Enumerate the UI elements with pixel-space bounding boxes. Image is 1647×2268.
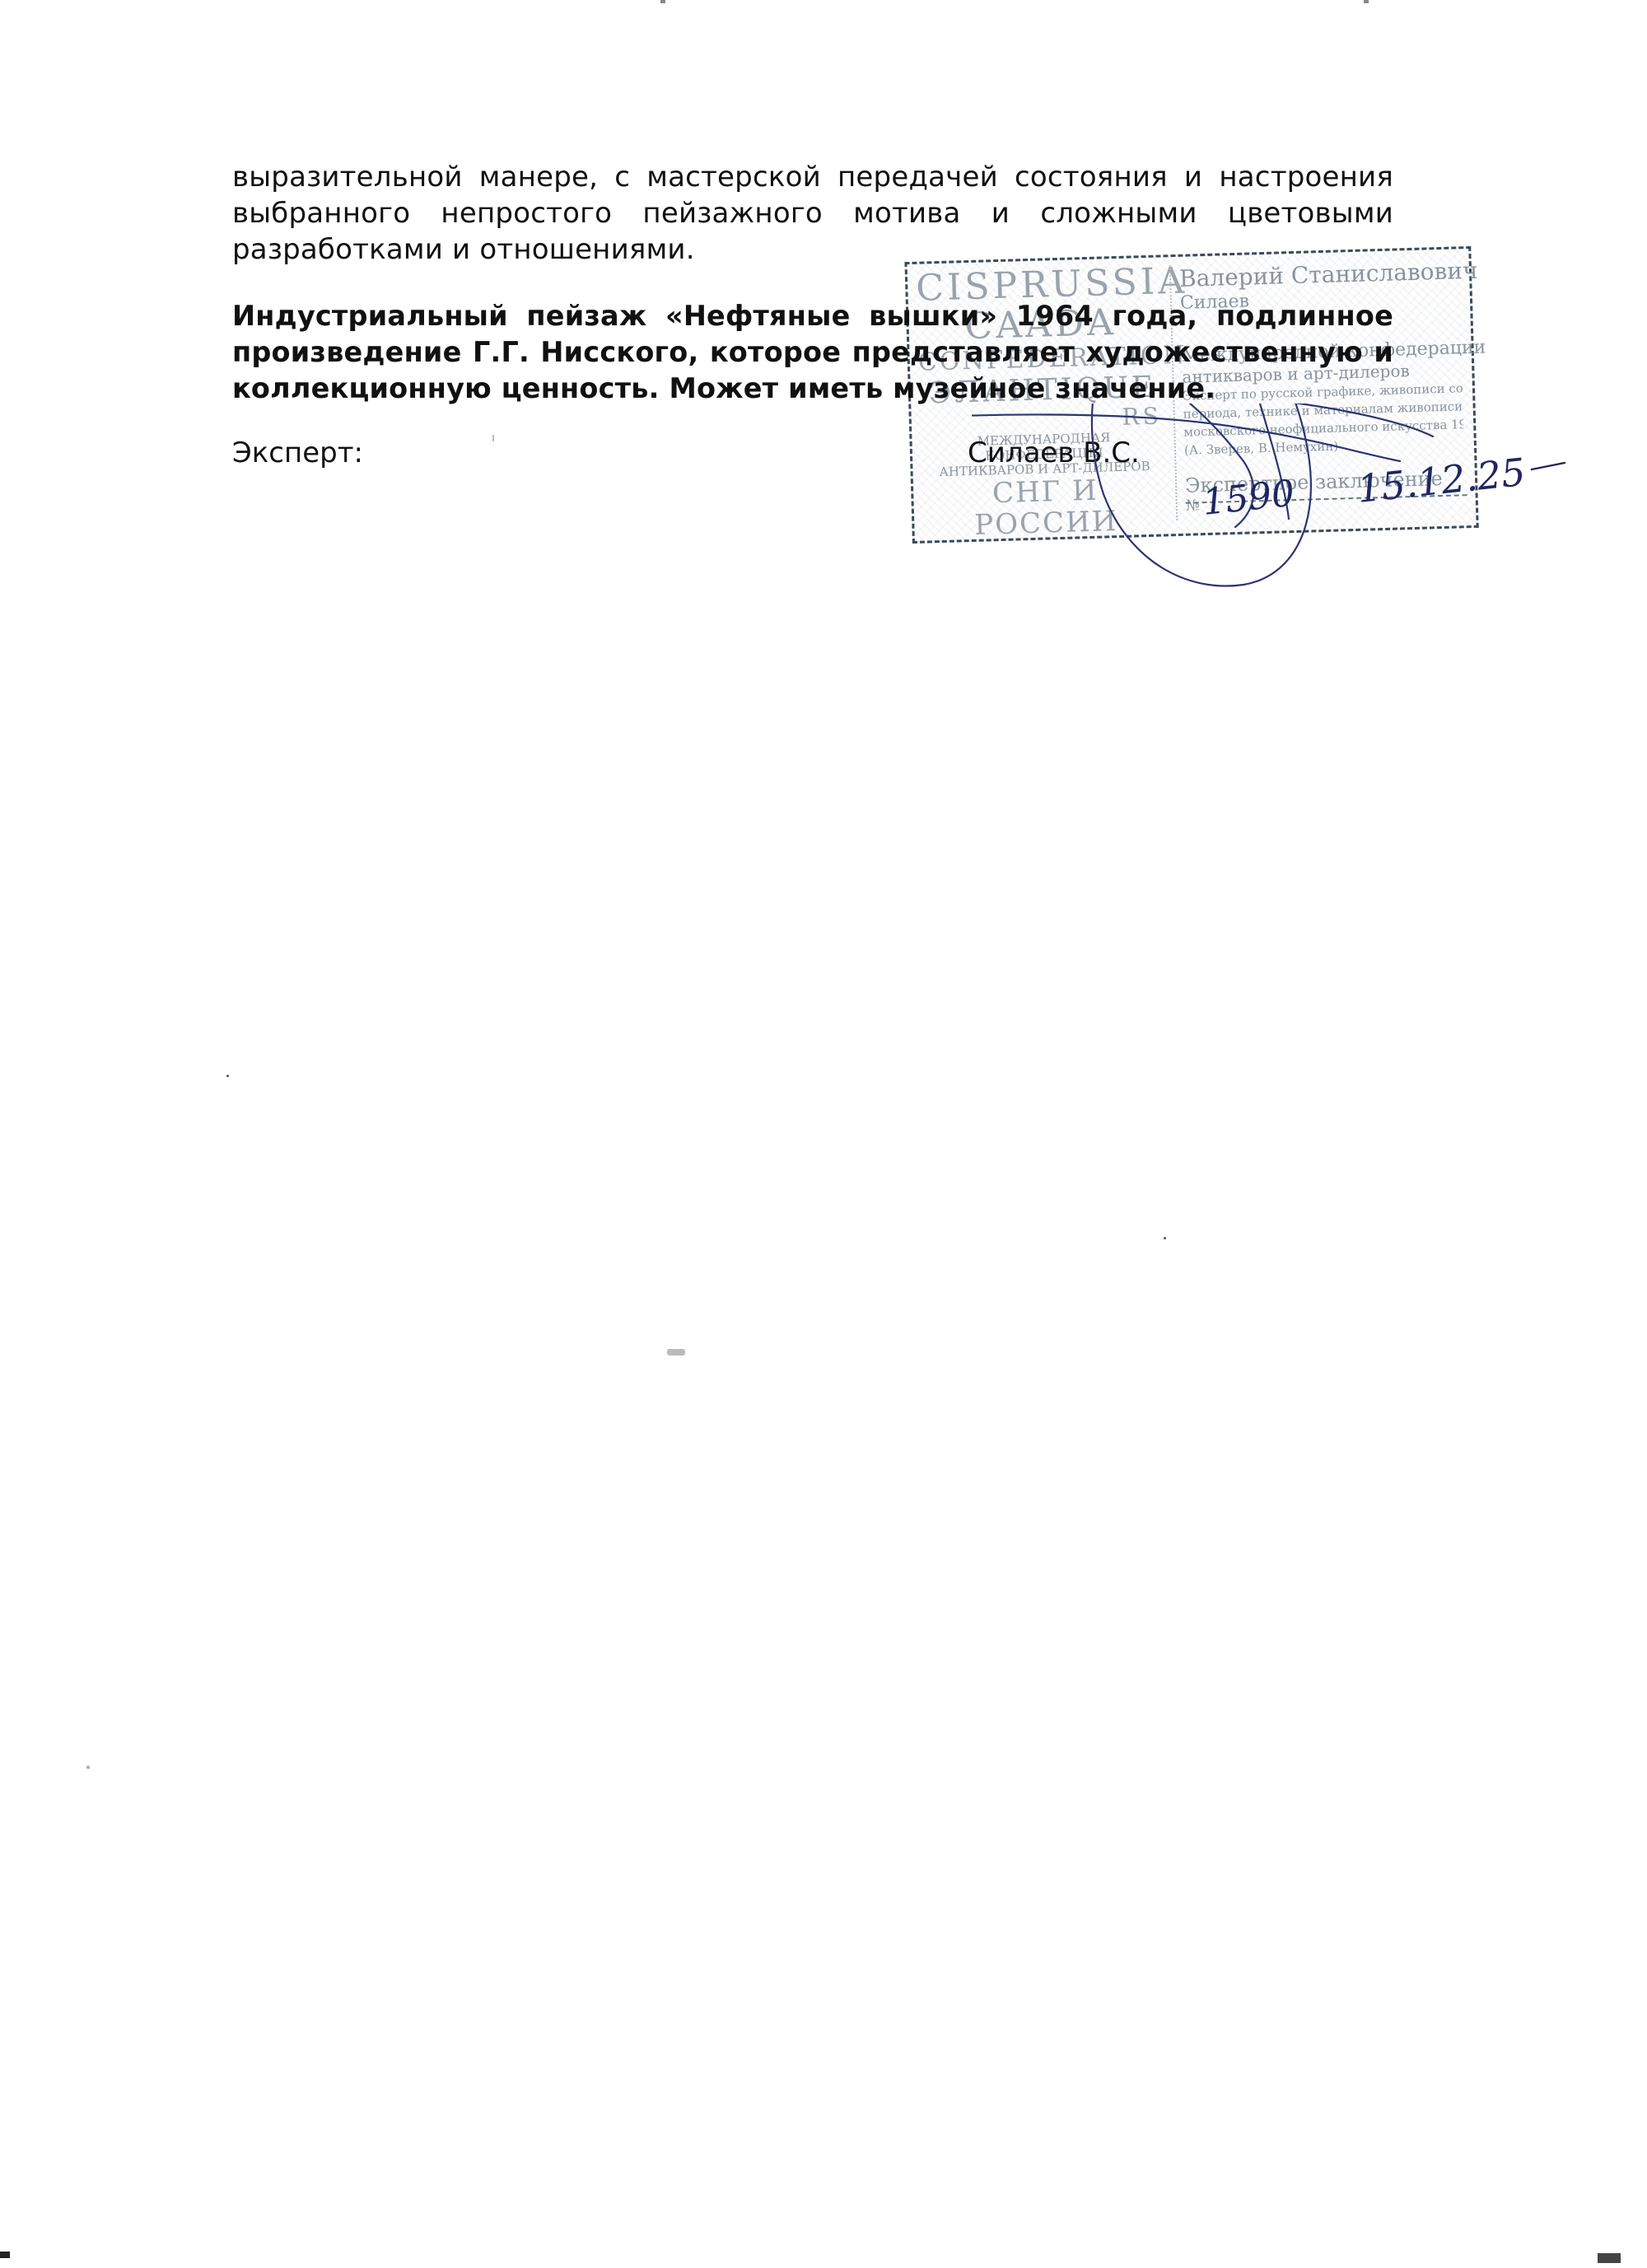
scan-speck: [1164, 1237, 1166, 1239]
expert-label: Эксперт:: [232, 435, 363, 471]
document-page: выразительной манере, с мастерской перед…: [0, 0, 1647, 2268]
scan-speck: [86, 1766, 90, 1769]
expert-name: Силаев В.С.: [968, 435, 1140, 471]
scan-speck: [667, 1349, 685, 1356]
description-line: выразительной манере, с мастерской перед…: [232, 159, 1393, 195]
conclusion-line: коллекционную ценность. Может иметь музе…: [232, 371, 1393, 407]
scan-speck: [492, 435, 494, 441]
scan-edge-mark: [660, 0, 665, 3]
conclusion-line: Индустриальный пейзаж «Нефтяные вышки» 1…: [232, 298, 1393, 334]
stamp-text: СНГ И РОССИИ: [921, 473, 1170, 542]
description-line: выбранного непростого пейзажного мотива …: [232, 195, 1393, 231]
scan-speck: [226, 1075, 229, 1077]
conclusion-paragraph: Индустриальный пейзаж «Нефтяные вышки» 1…: [232, 298, 1393, 407]
conclusion-line: произведение Г.Г. Нисского, которое пред…: [232, 334, 1393, 371]
scan-edge-mark: [1364, 0, 1369, 3]
description-paragraph: выразительной манере, с мастерской перед…: [232, 159, 1393, 268]
scan-edge-mark: [0, 2252, 10, 2258]
scan-edge-mark: [1598, 2253, 1621, 2263]
